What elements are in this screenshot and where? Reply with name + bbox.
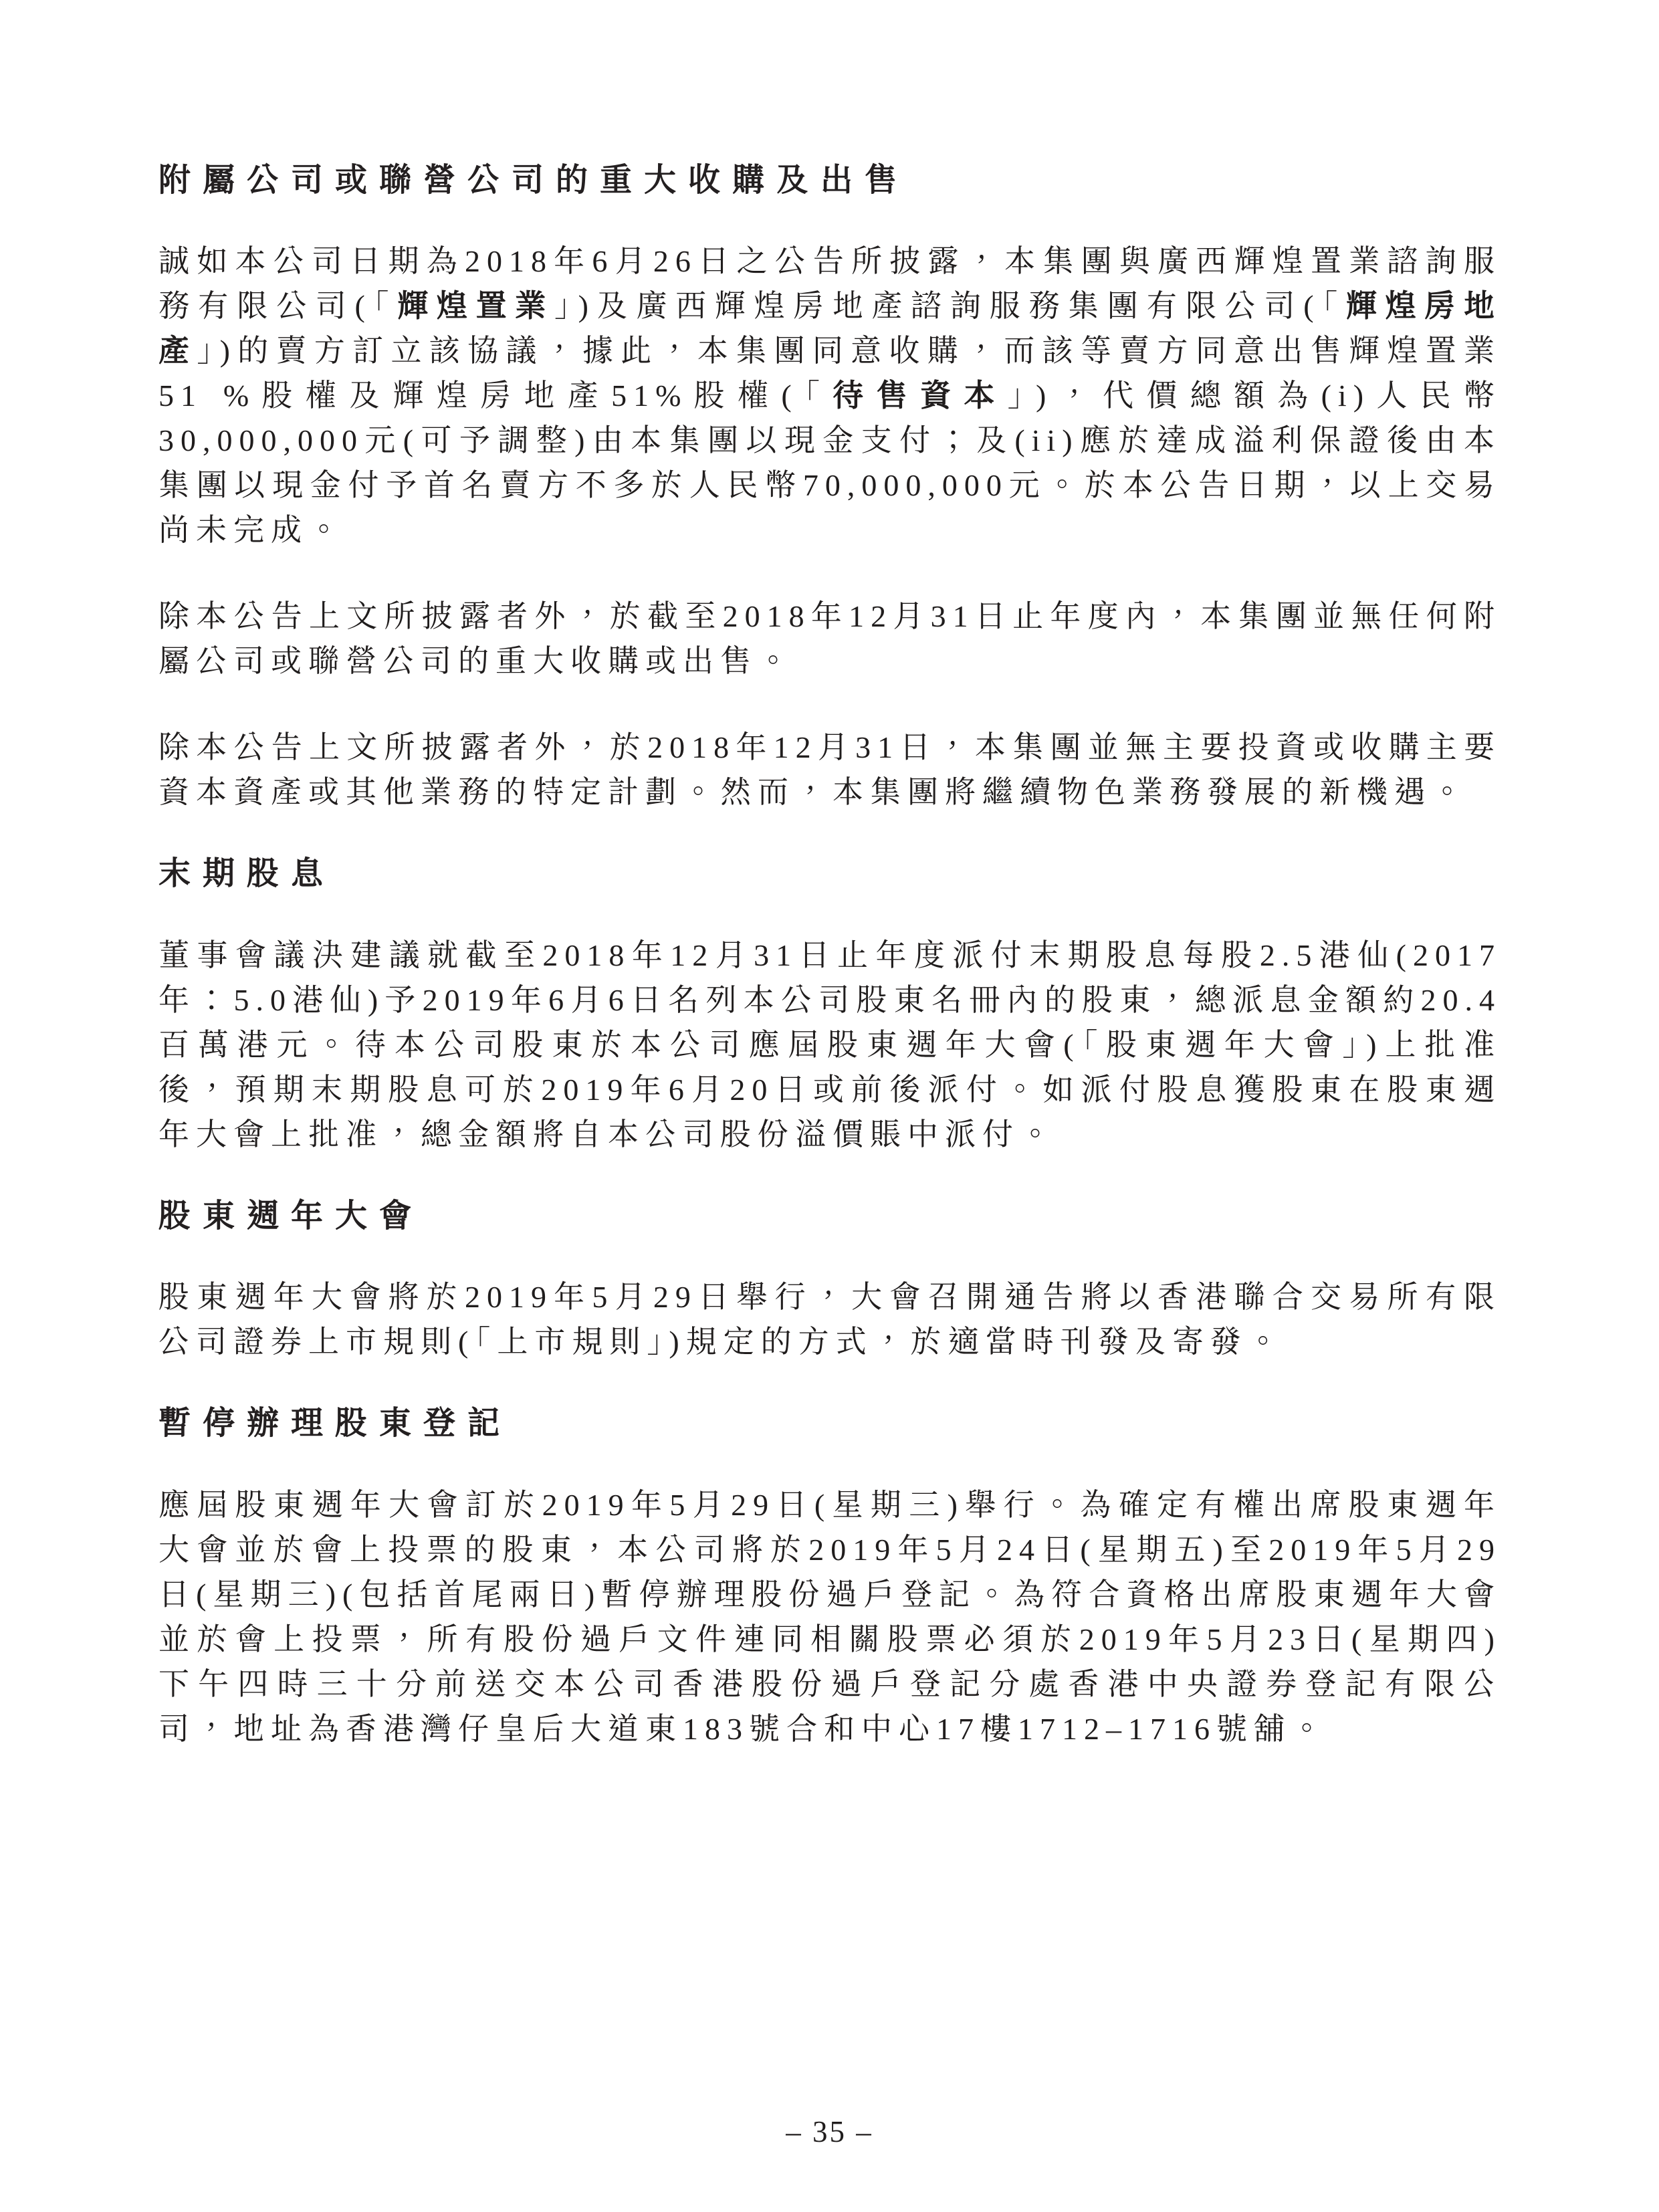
page-number: – 35 – [0,2114,1659,2149]
section-final-dividend: 末期股息 董事會議決建議就截至2018年12月31日止年度派付末期股息每股2.5… [158,857,1501,1156]
paragraph-text: 董事會議決建議就截至2018年12月31日止年度派付末期股息每股2.5港仙(20… [158,938,1501,1151]
section-heading: 股東週年大會 [158,1200,1501,1233]
section-closure-of-register: 暫停辦理股東登記 應屆股東週年大會訂於2019年5月29日(星期三)舉行。為確定… [158,1407,1501,1751]
section-heading: 末期股息 [158,857,1501,891]
defined-term: 待售資本 [833,378,1007,413]
section-agm: 股東週年大會 股東週年大會將於2019年5月29日舉行，大會召開通告將以香港聯合… [158,1200,1501,1364]
body-paragraph: 董事會議決建議就截至2018年12月31日止年度派付末期股息每股2.5港仙(20… [158,933,1501,1157]
section-major-acquisitions: 附屬公司或聯營公司的重大收購及出售 誠如本公司日期為2018年6月26日之公告所… [158,164,1501,814]
paragraph-text: 」)及廣西輝煌房地產諮詢服務集團有限公司(「 [554,289,1346,323]
body-paragraph: 股東週年大會將於2019年5月29日舉行，大會召開通告將以香港聯合交易所有限公司… [158,1275,1501,1364]
paragraph-text: 應屆股東週年大會訂於2019年5月29日(星期三)舉行。為確定有權出席股東週年大… [158,1488,1501,1746]
document-page: 附屬公司或聯營公司的重大收購及出售 誠如本公司日期為2018年6月26日之公告所… [0,0,1659,2212]
body-paragraph: 誠如本公司日期為2018年6月26日之公告所披露，本集團與廣西輝煌置業諮詢服務有… [158,239,1501,552]
body-paragraph: 除本公告上文所披露者外，於截至2018年12月31日止年度內，本集團並無任何附屬… [158,594,1501,683]
body-paragraph: 除本公告上文所披露者外，於2018年12月31日，本集團並無主要投資或收購主要資… [158,725,1501,814]
body-paragraph: 應屆股東週年大會訂於2019年5月29日(星期三)舉行。為確定有權出席股東週年大… [158,1482,1501,1751]
section-heading: 附屬公司或聯營公司的重大收購及出售 [158,164,1501,197]
paragraph-text: 除本公告上文所披露者外，於2018年12月31日，本集團並無主要投資或收購主要資… [158,730,1501,809]
page-content: 附屬公司或聯營公司的重大收購及出售 誠如本公司日期為2018年6月26日之公告所… [158,164,1501,1751]
section-heading: 暫停辦理股東登記 [158,1407,1501,1440]
defined-term: 輝煌置業 [397,289,554,323]
paragraph-text: 股東週年大會將於2019年5月29日舉行，大會召開通告將以香港聯合交易所有限公司… [158,1280,1501,1359]
paragraph-text: 除本公告上文所披露者外，於截至2018年12月31日止年度內，本集團並無任何附屬… [158,599,1501,678]
